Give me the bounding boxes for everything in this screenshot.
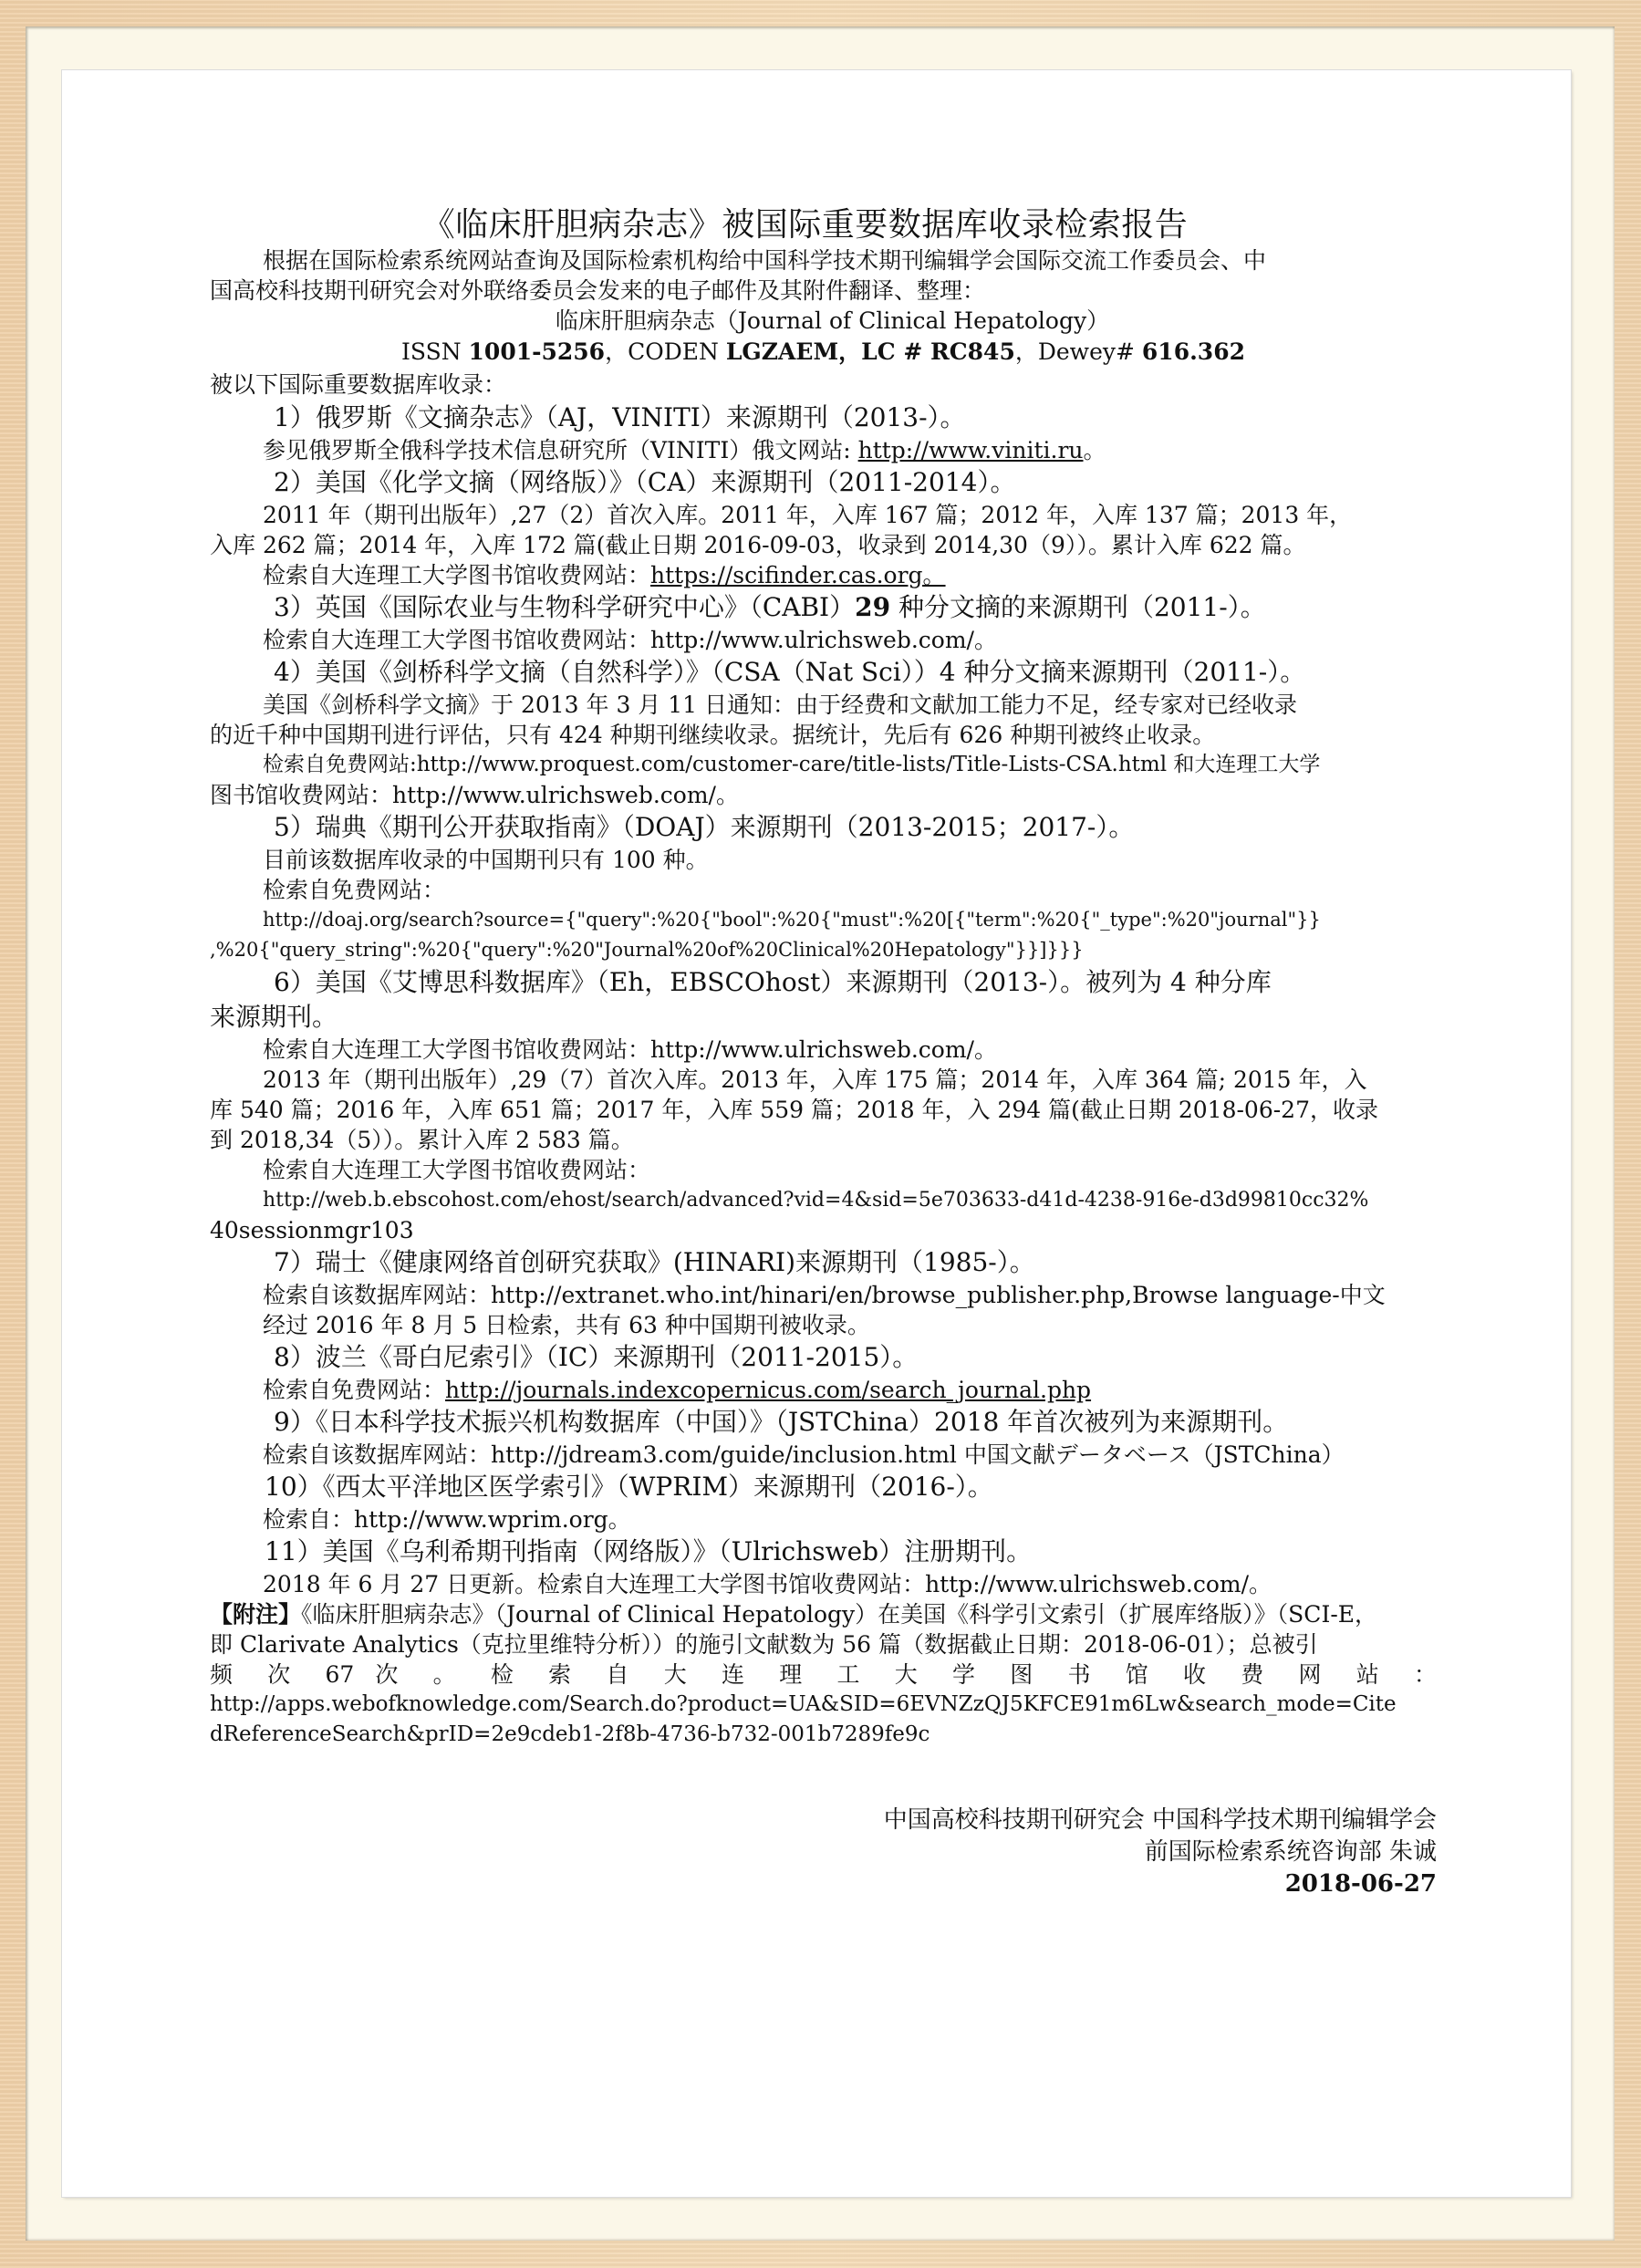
- signature-orgs: 中国高校科技期刊研究会 中国科学技术期刊编辑学会: [210, 1805, 1437, 1836]
- coden-value: LGZAEM: [726, 338, 838, 365]
- signature-dept: 前国际检索系统咨询部 朱诚: [210, 1836, 1437, 1868]
- item-10-line-1: 检索自：http://www.wprim.org。: [210, 1504, 1437, 1535]
- item-5-line-2: 检索自免费网站：: [210, 875, 1437, 905]
- note-label: 【附注】: [210, 1601, 301, 1628]
- identifiers: ISSN 1001-5256，CODEN LGZAEM，LC # RC845，D…: [210, 336, 1437, 369]
- item-7-line-1: 检索自该数据库网站：http://extranet.who.int/hinari…: [210, 1280, 1437, 1310]
- issn-value: 1001-5256: [469, 338, 606, 365]
- item-3-line-1: 检索自大连理工大学图书馆收费网站：http://www.ulrichsweb.c…: [210, 625, 1437, 655]
- document-title: 《临床肝胆病杂志》被国际重要数据库收录检索报告: [173, 205, 1437, 245]
- item-5-line-3: http://doaj.org/search?source={"query":%…: [210, 905, 1437, 935]
- item-1-heading: 1）俄罗斯《文摘杂志》（AJ，VINITI）来源期刊（2013-）。: [210, 401, 1437, 435]
- item-6-line-7: 40sessionmgr103: [210, 1215, 1437, 1245]
- item-6-heading-2: 来源期刊。: [210, 1000, 1437, 1035]
- included-by-label: 被以下国际重要数据库收录：: [210, 369, 1437, 401]
- intro-line-1: 根据在国际检索系统网站查询及国际检索机构给中国科学技术期刊编辑学会国际交流工作委…: [210, 245, 1437, 276]
- indexcopernicus-link[interactable]: http://journals.indexcopernicus.com/sear…: [445, 1377, 1091, 1403]
- item-2-line-2: 入库 262 篇；2014 年，入库 172 篇(截止日期 2016-09-03…: [210, 530, 1437, 560]
- item-4-line-2: 的近千种中国期刊进行评估，只有 424 种期刊继续收录。据统计，先后有 626 …: [210, 720, 1437, 750]
- note-line-4: http://apps.webofknowledge.com/Search.do…: [210, 1690, 1437, 1720]
- item-2-heading: 2）美国《化学文摘（网络版）》（CA）来源期刊（2011-2014）。: [210, 465, 1437, 500]
- viniti-link[interactable]: http://www.viniti.ru: [858, 437, 1084, 463]
- item-9-line-1: 检索自该数据库网站：http://jdream3.com/guide/inclu…: [210, 1440, 1437, 1470]
- item-4-line-4: 图书馆收费网站：http://www.ulrichsweb.com/。: [210, 780, 1437, 810]
- item-7-line-2: 经过 2016 年 8 月 5 日检索，共有 63 种中国期刊被收录。: [210, 1310, 1437, 1340]
- item-8-line-1: 检索自免费网站：http://journals.indexcopernicus.…: [210, 1375, 1437, 1405]
- dewey-value: 616.362: [1142, 338, 1245, 365]
- item-11-heading: 11）美国《乌利希期刊指南（网络版）》（Ulrichsweb）注册期刊。: [210, 1535, 1437, 1569]
- item-6-line-3: 库 540 篇；2016 年，入库 651 篇；2017 年，入库 559 篇；…: [210, 1095, 1437, 1125]
- intro-line-2: 国高校科技期刊研究会对外联络委员会发来的电子邮件及其附件翻译、整理：: [210, 276, 1437, 306]
- signature-date: 2018-06-27: [210, 1868, 1437, 1900]
- journal-name: 临床肝胆病杂志（Journal of Clinical Hepatology）: [210, 306, 1437, 336]
- item-2-line-3: 检索自大连理工大学图书馆收费网站：https://scifinder.cas.o…: [210, 560, 1437, 590]
- note-line-5: dReferenceSearch&prID=2e9cdeb1-2f8b-4736…: [210, 1720, 1437, 1750]
- lc-value: RC845: [930, 338, 1015, 365]
- item-4-heading: 4）美国《剑桥科学文摘（自然科学）》（CSA（Nat Sci））4 种分文摘来源…: [210, 655, 1437, 690]
- item-8-heading: 8）波兰《哥白尼索引》（IC）来源期刊（2011-2015）。: [210, 1340, 1437, 1375]
- item-2-line-1: 2011 年（期刊出版年）,27（2）首次入库。2011 年，入库 167 篇；…: [210, 500, 1437, 530]
- note-line-2: 即 Clarivate Analytics（克拉里维特分析））的施引文献数为 5…: [210, 1629, 1437, 1659]
- note-line-1: 【附注】《临床肝胆病杂志》（Journal of Clinical Hepato…: [210, 1599, 1437, 1629]
- item-1-line: 参见俄罗斯全俄科学技术信息研究所（VINITI）俄文网站: http://www…: [210, 435, 1437, 465]
- item-9-heading: 9）《日本科学技术振兴机构数据库（中国）》（JSTChina）2018 年首次被…: [210, 1405, 1437, 1440]
- document-content: 《临床肝胆病杂志》被国际重要数据库收录检索报告 根据在国际检索系统网站查询及国际…: [210, 205, 1437, 1900]
- item-5-line-4: ,%20{"query_string":%20{"query":%20"Jour…: [210, 935, 1437, 965]
- item-6-heading-1: 6）美国《艾博思科数据库》（Eh，EBSCOhost）来源期刊（2013-）。被…: [210, 965, 1437, 1000]
- item-6-line-5: 检索自大连理工大学图书馆收费网站：: [210, 1155, 1437, 1185]
- item-3-heading: 3）英国《国际农业与生物科学研究中心》（CABI）29 种分文摘的来源期刊（20…: [210, 590, 1437, 625]
- item-6-line-6: http://web.b.ebscohost.com/ehost/search/…: [210, 1185, 1437, 1215]
- item-4-line-3: 检索自免费网站:http://www.proquest.com/customer…: [210, 750, 1437, 780]
- note-line-3: 频 次 67 次 。 检 索 自 大 连 理 工 大 学 图 书 馆 收 费 网…: [210, 1659, 1437, 1690]
- scifinder-link[interactable]: https://scifinder.cas.org。: [650, 562, 946, 588]
- item-6-line-4: 到 2018,34（5））。累计入库 2 583 篇。: [210, 1125, 1437, 1155]
- item-5-heading: 5）瑞典《期刊公开获取指南》（DOAJ）来源期刊（2013-2015；2017-…: [210, 810, 1437, 845]
- item-6-line-2: 2013 年（期刊出版年）,29（7）首次入库。2013 年，入库 175 篇；…: [210, 1065, 1437, 1095]
- item-5-line-1: 目前该数据库收录的中国期刊只有 100 种。: [210, 845, 1437, 875]
- item-4-line-1: 美国《剑桥科学文摘》于 2013 年 3 月 11 日通知：由于经费和文献加工能…: [210, 690, 1437, 720]
- item-6-line-1: 检索自大连理工大学图书馆收费网站：http://www.ulrichsweb.c…: [210, 1035, 1437, 1065]
- item-11-line-1: 2018 年 6 月 27 日更新。检索自大连理工大学图书馆收费网站：http:…: [210, 1569, 1437, 1599]
- item-10-heading: 10）《西太平洋地区医学索引》（WPRIM）来源期刊（2016-）。: [210, 1470, 1437, 1504]
- item-7-heading: 7）瑞士《健康网络首创研究获取》(HINARI)来源期刊（1985-）。: [210, 1245, 1437, 1280]
